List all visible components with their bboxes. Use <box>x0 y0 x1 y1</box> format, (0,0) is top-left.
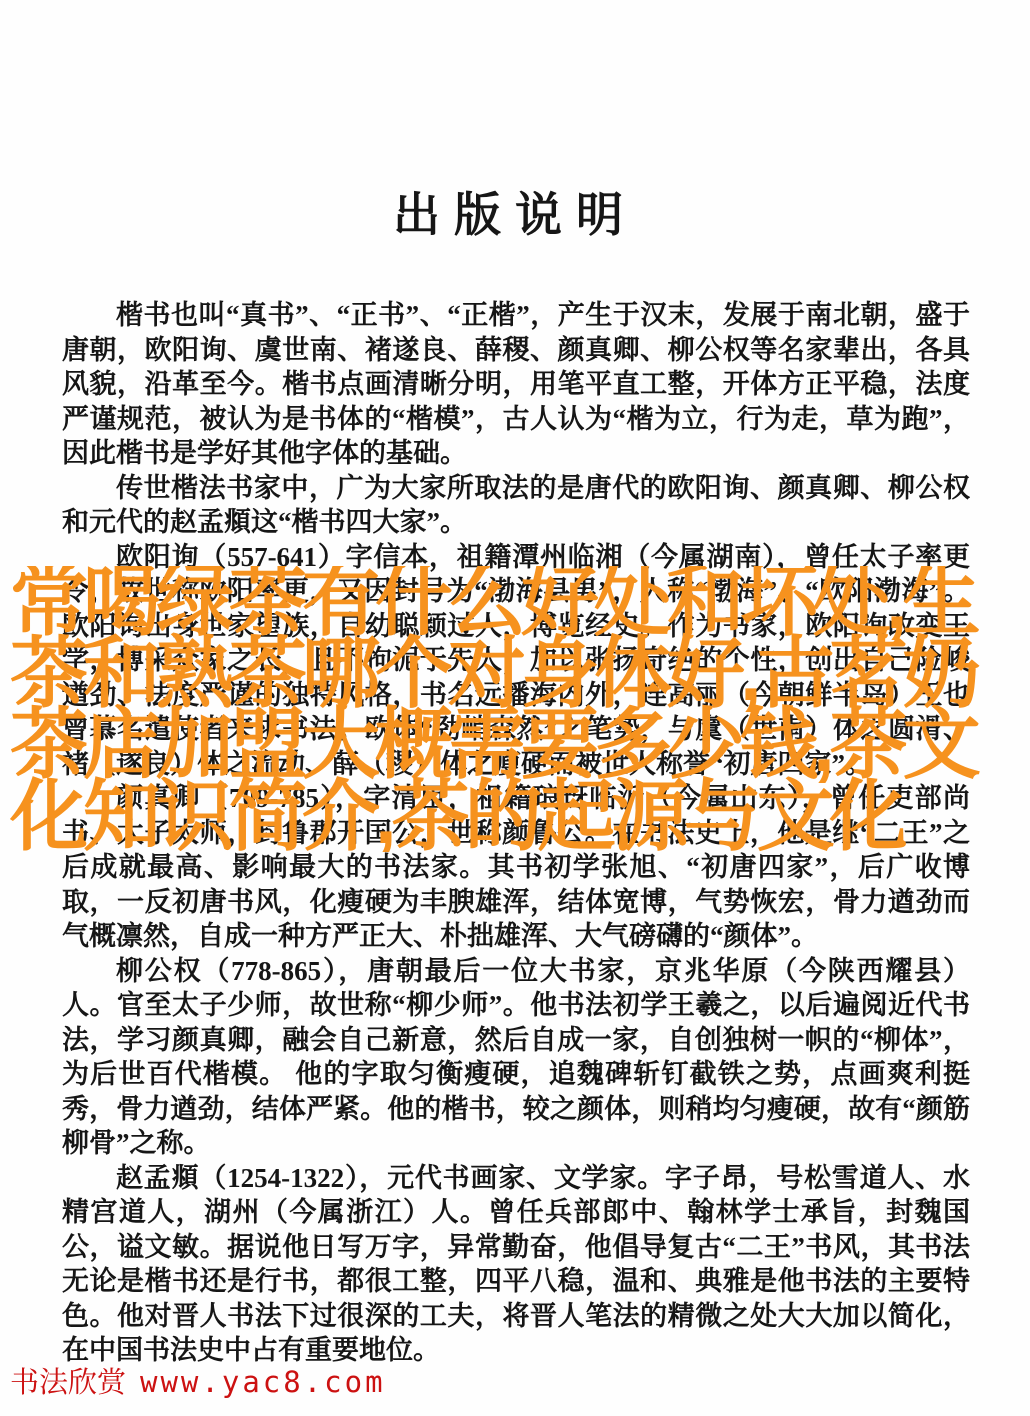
scanned-book-page: 出版说明 楷书也叫“真书”、“正书”、“正楷”，产生于汉末，发展于南北朝，盛于唐… <box>0 0 1030 1416</box>
watermark-line: 茶和熟茶哪个对身体好,古茗奶 <box>0 638 1030 710</box>
page-title: 出版说明 <box>0 178 1030 245</box>
site-name-label: 书法欣赏 <box>10 1367 126 1399</box>
watermark-line: 常喝绿茶有什么好处和坏处,生 <box>0 566 1030 638</box>
paragraph-four-masters: 传世楷法书家中，广为大家所取法的是唐代的欧阳询、颜真卿、柳公权和元代的赵孟頫这“… <box>62 471 970 540</box>
watermark-line: 茶店加盟大概需要多少钱,茶文 <box>0 709 1030 781</box>
paragraph-zhao-mengfu: 赵孟頫（1254-1322），元代书画家、文学家。字子昂，号松雪道人、水精宫道人… <box>62 1161 970 1368</box>
paragraph-liu-gongquan: 柳公权（778-865），唐朝最后一位大书家，京兆华原（今陕西耀县）人。官至太子… <box>62 954 970 1161</box>
watermark-overlay: 常喝绿茶有什么好处和坏处,生 茶和熟茶哪个对身体好,古茗奶 茶店加盟大概需要多少… <box>0 566 1030 852</box>
paragraph-kaishu-intro: 楷书也叫“真书”、“正书”、“正楷”，产生于汉末，发展于南北朝，盛于唐朝，欧阳询… <box>62 298 970 471</box>
watermark-line: 化知识简介,茶的起源与文化 <box>0 781 1030 853</box>
site-watermark: 书法欣赏www.yac8.com <box>10 1360 386 1401</box>
site-url-text: www.yac8.com <box>140 1365 386 1399</box>
